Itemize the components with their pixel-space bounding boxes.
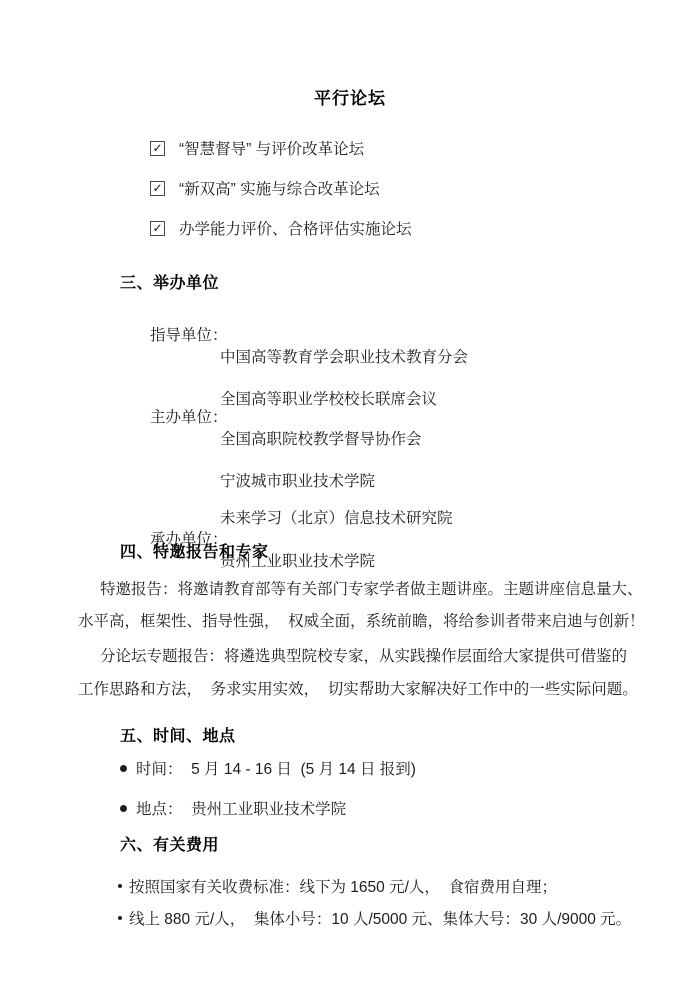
forum-list-item: ✓ “新双高” 实施与综合改革论坛 [150,177,380,199]
schedule-place-row: 地点： 贵州工业职业技术学院 [120,797,346,819]
bullet-circle-icon [120,765,127,772]
organizer-row: 全国高等职业学校校长联席会议 [0,345,700,367]
section-heading-reports: 四、特邀报告和专家 [120,539,269,561]
forum-item-label: “智慧督导” 与评价改革论坛 [179,137,364,159]
organizer-row: 未来学习（北京）信息技术研究院 [0,464,700,486]
fee-row: 线上 880 元/人， 集体小号：10 人/5000 元、集体大号：30 人/9… [118,907,631,929]
checkbox-checked-icon: ✓ [150,141,165,156]
schedule-place-text: 地点： 贵州工业职业技术学院 [136,797,346,819]
small-bullet-icon [118,916,122,920]
small-bullet-icon [118,884,122,888]
checkbox-checked-icon: ✓ [150,221,165,236]
organizer-row: 主办单位： 全国高职院校教学督导协作会 [0,385,700,407]
fee-text: 线上 880 元/人， 集体小号：10 人/5000 元、集体大号：30 人/9… [129,907,631,929]
report-paragraph-line: 分论坛专题报告：将遴选典型院校专家，从实践操作层面给大家提供可借鉴的 [78,644,627,666]
organizer-row: 宁波城市职业技术学院 [0,427,700,449]
document-page: 平行论坛 ✓ “智慧督导” 与评价改革论坛 ✓ “新双高” 实施与综合改革论坛 … [0,0,700,990]
fee-row: 按照国家有关收费标准：线下为 1650 元/人， 食宿费用自理； [118,875,557,897]
schedule-time-row: 时间： 5 月 14 - 16 日 (5 月 14 日 报到) [120,757,416,779]
schedule-time-text: 时间： 5 月 14 - 16 日 (5 月 14 日 报到) [136,757,416,779]
section-heading-organizers: 三、举办单位 [120,270,219,292]
section-heading-fees: 六、有关费用 [120,832,219,854]
bullet-circle-icon [120,805,127,812]
fee-text: 按照国家有关收费标准：线下为 1650 元/人， 食宿费用自理； [129,875,557,897]
report-paragraph-line: 特邀报告：将邀请教育部等有关部门专家学者做主题讲座。主题讲座信息量大、 [78,577,643,599]
report-paragraph-line: 水平高，框架性、指导性强， 权威全面，系统前瞻，将给参训者带来启迪与创新！ [78,609,645,631]
forum-list-item: ✓ 办学能力评价、合格评估实施论坛 [150,217,412,239]
organizer-row: 指导单位： 中国高等教育学会职业技术教育分会 [0,303,700,325]
organizer-role-label: 主办单位： [150,407,228,429]
section-heading-schedule: 五、时间、地点 [120,723,236,745]
forum-item-label: “新双高” 实施与综合改革论坛 [179,177,380,199]
checkbox-checked-icon: ✓ [150,181,165,196]
forum-list-item: ✓ “智慧督导” 与评价改革论坛 [150,137,364,159]
report-paragraph-line: 工作思路和方法， 务求实用实效， 切实帮助大家解决好工作中的一些实际问题。 [78,677,638,699]
page-title: 平行论坛 [0,85,700,107]
organizer-row: 承办单位： 贵州工业职业技术学院 [0,507,700,529]
forum-item-label: 办学能力评价、合格评估实施论坛 [179,217,412,239]
organizer-role-label: 指导单位： [150,325,228,347]
